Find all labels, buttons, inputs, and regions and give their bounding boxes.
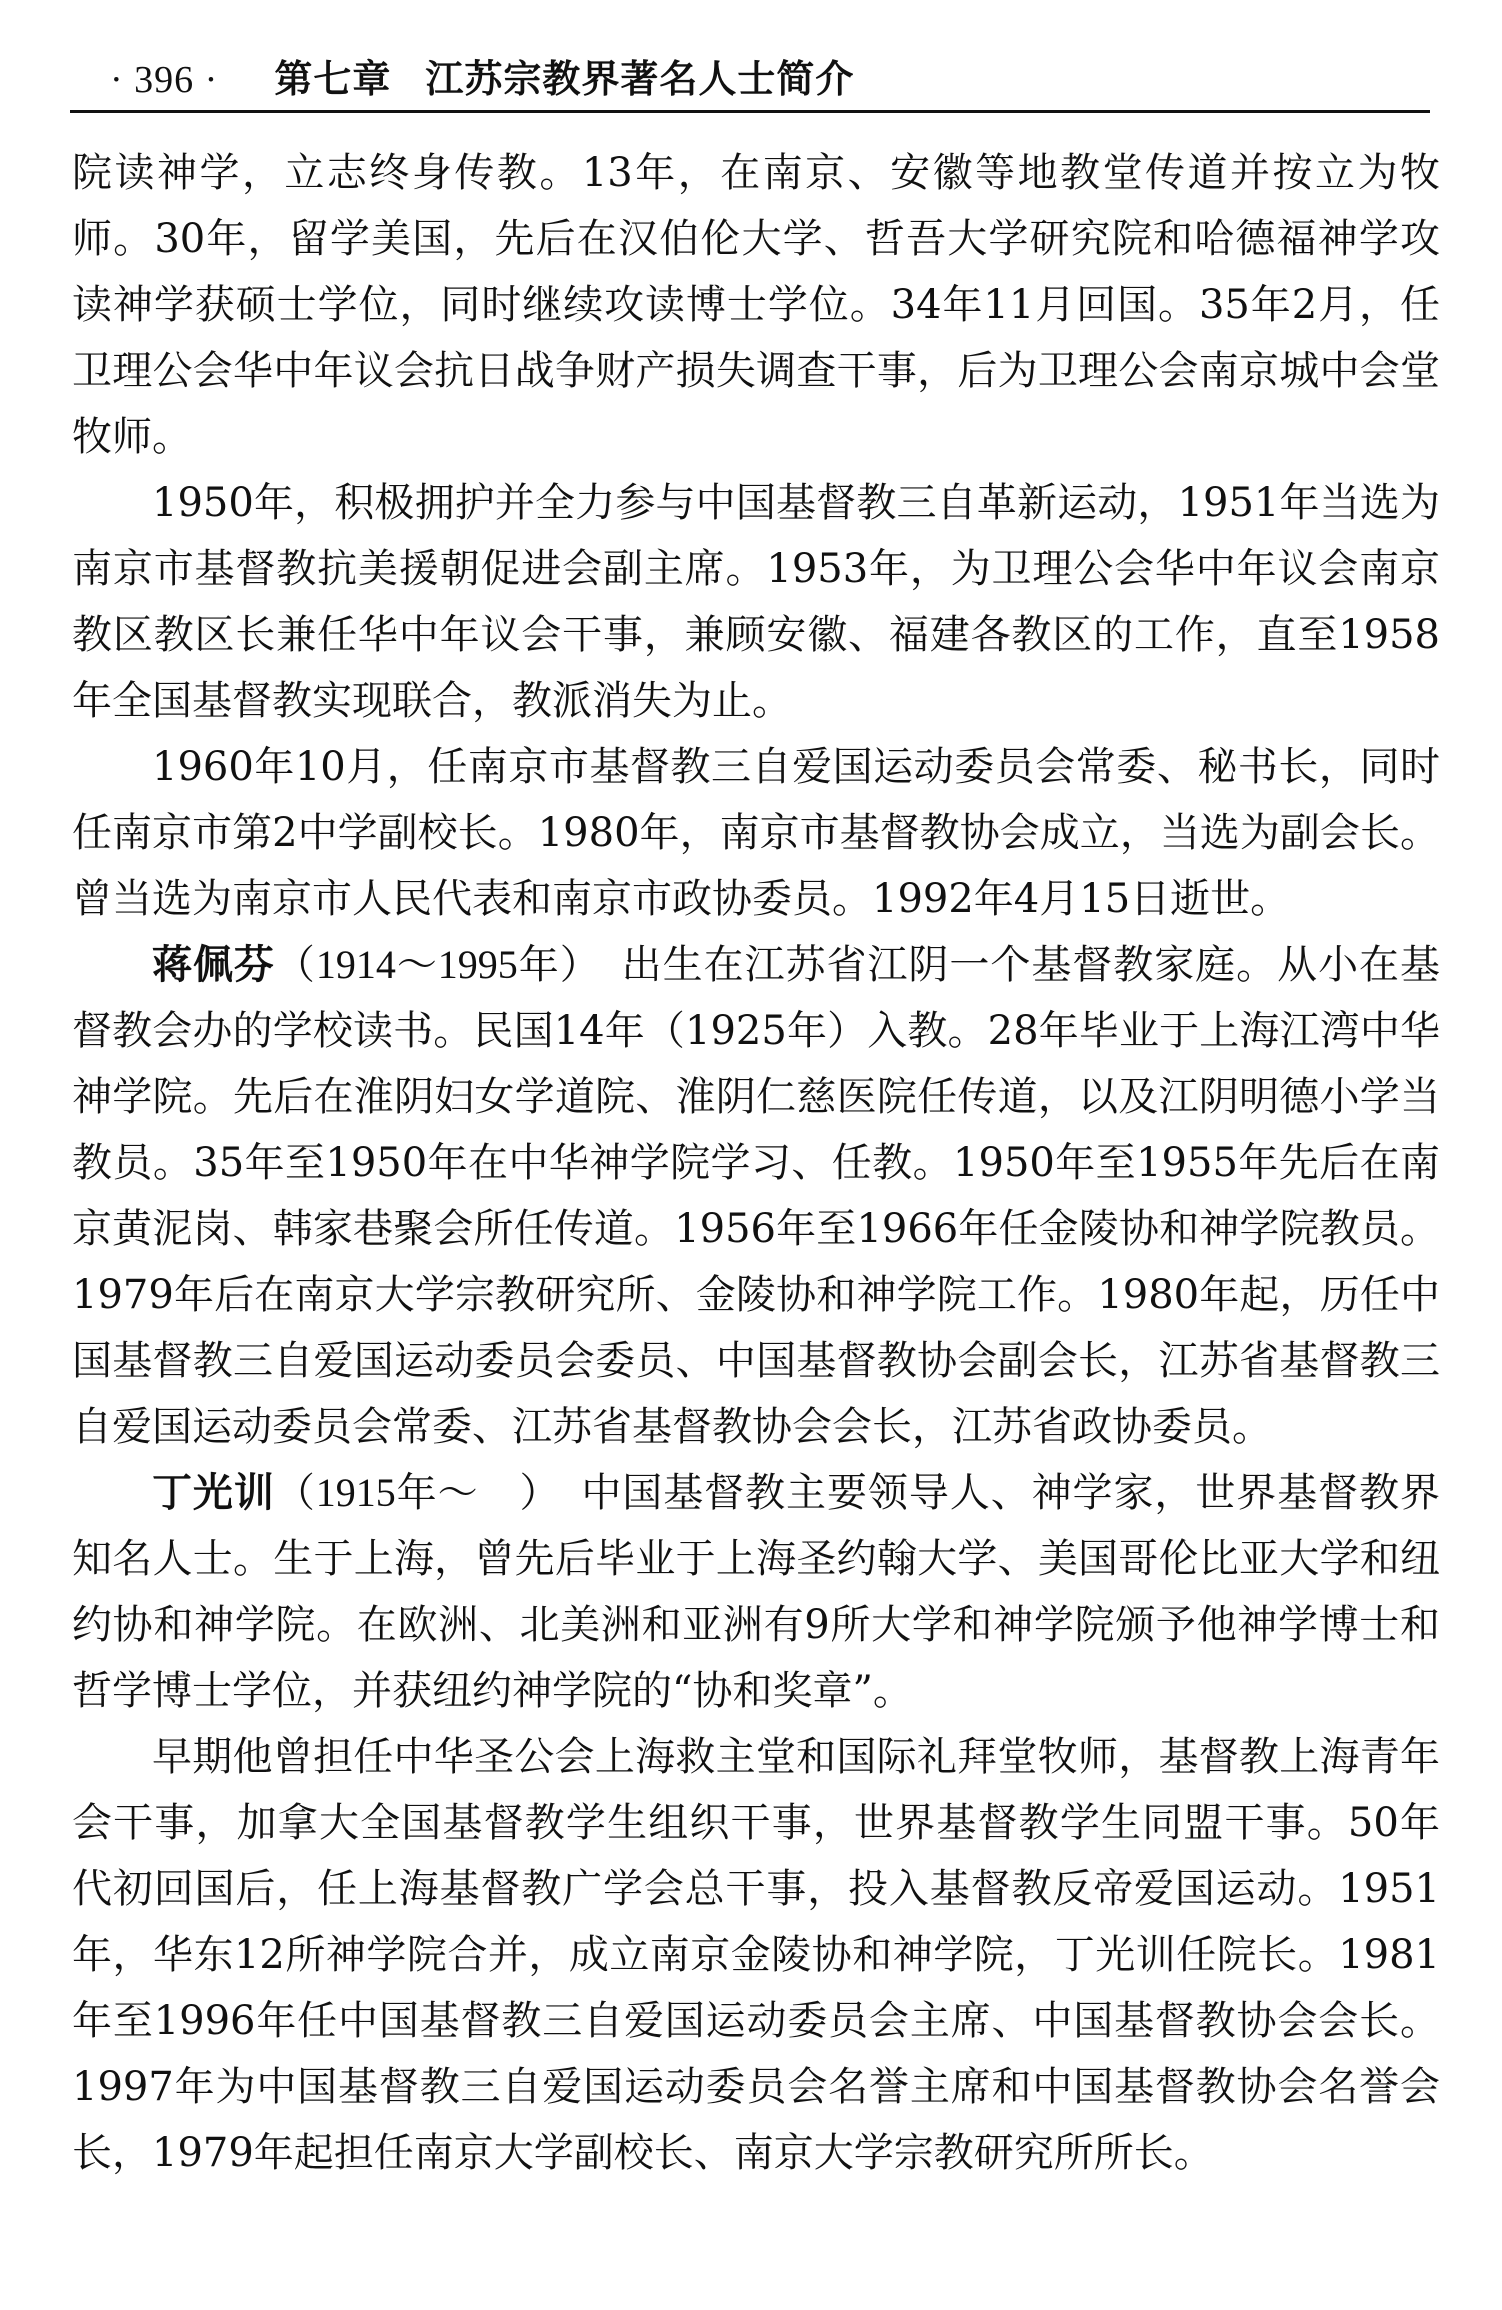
paragraph: 院读神学，立志终身传教。13年，在南京、安徽等地教堂传道并按立为牧师。30年，留…	[72, 140, 1440, 470]
page-header: · 396 ·第七章江苏宗教界著名人士简介	[70, 48, 1440, 118]
header-rule	[70, 110, 1430, 113]
paragraph: 1960年10月，任南京市基督教三自爱国运动委员会常委、秘书长，同时任南京市第2…	[72, 734, 1440, 932]
biography-entry: 丁光训（1915年～ ） 中国基督教主要领导人、神学家，世界基督教界知名人士。生…	[72, 1460, 1440, 1724]
paragraph: 早期他曾担任中华圣公会上海救主堂和国际礼拜堂牧师，基督教上海青年会干事，加拿大全…	[72, 1724, 1440, 2186]
person-dates: （1914～1995年）	[275, 942, 581, 987]
chapter-title: 江苏宗教界著名人士简介	[425, 57, 854, 101]
running-head: · 396 ·第七章江苏宗教界著名人士简介	[110, 48, 854, 103]
biography-text: 出生在江苏省江阴一个基督教家庭。从小在基督教会办的学校读书。民国14年（1925…	[72, 942, 1440, 1450]
biography-entry: 蒋佩芬（1914～1995年） 出生在江苏省江阴一个基督教家庭。从小在基督教会办…	[72, 932, 1440, 1460]
person-dates: （1915年～ ）	[275, 1470, 541, 1515]
body-text: 院读神学，立志终身传教。13年，在南京、安徽等地教堂传道并按立为牧师。30年，留…	[72, 140, 1440, 2186]
person-name: 丁光训	[152, 1470, 275, 1516]
paragraph: 1950年，积极拥护并全力参与中国基督教三自革新运动，1951年当选为南京市基督…	[72, 470, 1440, 734]
page-number: · 396 ·	[110, 59, 218, 101]
person-name: 蒋佩芬	[152, 942, 275, 988]
chapter-label: 第七章	[274, 57, 391, 101]
